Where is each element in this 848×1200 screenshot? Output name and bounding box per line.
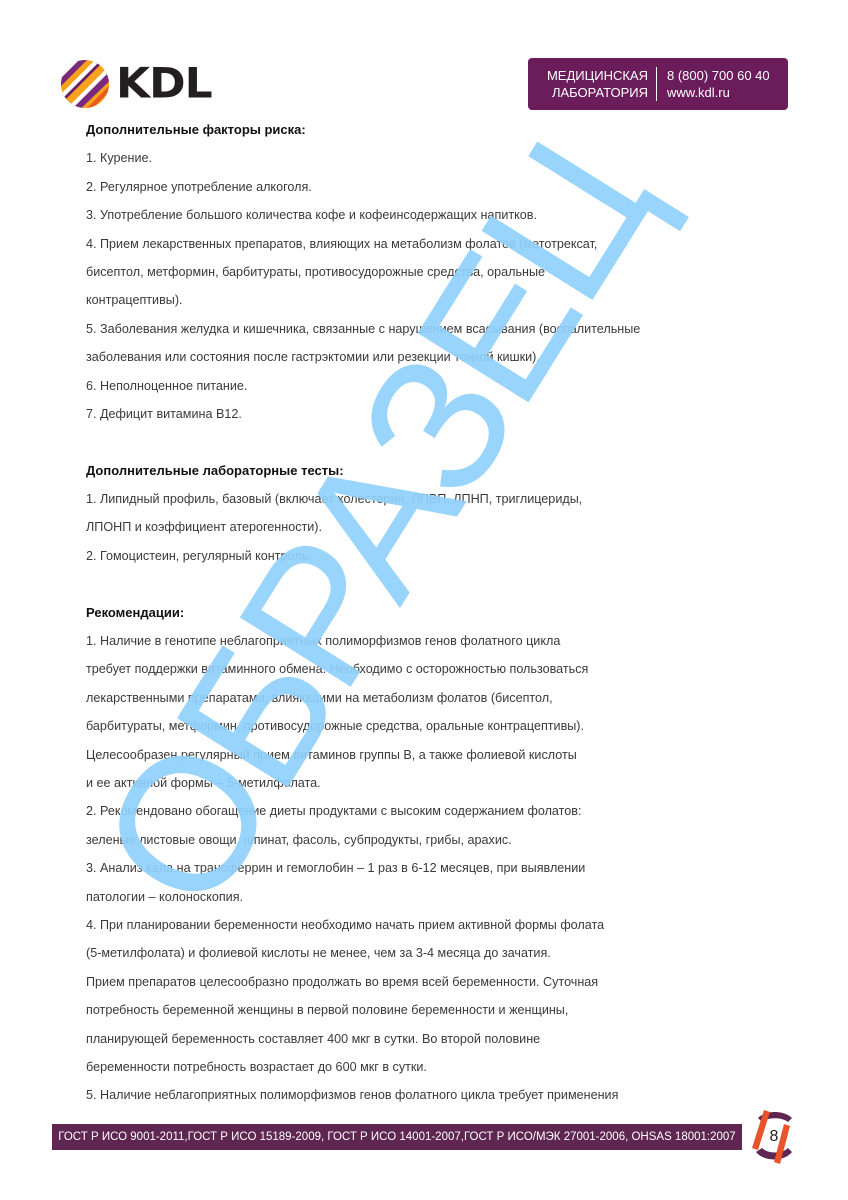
text-line: 3. Употребление большого количества кофе… bbox=[86, 201, 726, 229]
logo-text: KDL bbox=[116, 60, 212, 108]
text-line: 4. При планировании беременности необход… bbox=[86, 911, 726, 939]
page-number: 8 bbox=[744, 1106, 804, 1168]
text-line: Прием препаратов целесообразно продолжат… bbox=[86, 968, 726, 996]
text-line: 1. Наличие в генотипе неблагоприятных по… bbox=[86, 627, 726, 655]
text-line: требует поддержки витаминного обмена. Не… bbox=[86, 655, 726, 683]
section-gap bbox=[86, 428, 726, 456]
footer-standards-bar: ГОСТ Р ИСО 9001-2011,ГОСТ Р ИСО 15189-20… bbox=[52, 1124, 742, 1150]
text-line: 2. Рекомендовано обогащение диеты продук… bbox=[86, 797, 726, 825]
text-line: бисептол, метформин, барбитураты, против… bbox=[86, 258, 726, 286]
text-line: 3. Анализ кала на трансферрин и гемоглоб… bbox=[86, 854, 726, 882]
text-line: заболевания или состояния после гастрэкт… bbox=[86, 343, 726, 371]
text-line: 4. Прием лекарственных препаратов, влияю… bbox=[86, 230, 726, 258]
text-line: патологии – колоноскопия. bbox=[86, 883, 726, 911]
text-line: и ее активной формы – 5-метилфолата. bbox=[86, 769, 726, 797]
lab-name-line1: МЕДИЦИНСКАЯ bbox=[528, 67, 648, 84]
section-heading: Рекомендации: bbox=[86, 599, 726, 627]
page-number-badge: 8 bbox=[744, 1106, 804, 1168]
header-contact-box: МЕДИЦИНСКАЯ ЛАБОРАТОРИЯ 8 (800) 700 60 4… bbox=[528, 58, 788, 110]
section-heading: Дополнительные лабораторные тесты: bbox=[86, 457, 726, 485]
text-line: лекарственными препаратами, влияющими на… bbox=[86, 684, 726, 712]
kdl-globe-icon bbox=[60, 59, 110, 109]
section-gap bbox=[86, 570, 726, 598]
kdl-logo: KDL bbox=[60, 58, 212, 110]
section-heading: Дополнительные факторы риска: bbox=[86, 116, 726, 144]
text-line: 2. Регулярное употребление алкоголя. bbox=[86, 173, 726, 201]
text-line: 6. Неполноценное питание. bbox=[86, 372, 726, 400]
text-line: Целесообразен регулярный прием витаминов… bbox=[86, 741, 726, 769]
text-line: барбитураты, метформин, противосудорожны… bbox=[86, 712, 726, 740]
lab-name: МЕДИЦИНСКАЯ ЛАБОРАТОРИЯ bbox=[528, 67, 656, 101]
text-line: 5. Наличие неблагоприятных полиморфизмов… bbox=[86, 1081, 726, 1109]
footer-standards-text: ГОСТ Р ИСО 9001-2011,ГОСТ Р ИСО 15189-20… bbox=[58, 1131, 735, 1143]
text-line: контрацептивы). bbox=[86, 286, 726, 314]
text-line: 2. Гомоцистеин, регулярный контроль. bbox=[86, 542, 726, 570]
text-line: ЛПОНП и коэффициент атерогенности). bbox=[86, 513, 726, 541]
text-line: 7. Дефицит витамина B12. bbox=[86, 400, 726, 428]
lab-name-line2: ЛАБОРАТОРИЯ bbox=[528, 84, 648, 101]
text-line: (5-метилфолата) и фолиевой кислоты не ме… bbox=[86, 939, 726, 967]
text-line: планирующей беременность составляет 400 … bbox=[86, 1025, 726, 1053]
text-line: беременности потребность возрастает до 6… bbox=[86, 1053, 726, 1081]
text-line: 1. Липидный профиль, базовый (включает х… bbox=[86, 485, 726, 513]
contact-info: 8 (800) 700 60 40 www.kdl.ru bbox=[657, 67, 770, 101]
text-line: зеленые листовые овощи, шпинат, фасоль, … bbox=[86, 826, 726, 854]
text-line: 1. Курение. bbox=[86, 144, 726, 172]
website-link[interactable]: www.kdl.ru bbox=[667, 84, 770, 101]
text-line: 5. Заболевания желудка и кишечника, связ… bbox=[86, 315, 726, 343]
document-body: Дополнительные факторы риска:1. Курение.… bbox=[86, 116, 726, 1110]
phone-number[interactable]: 8 (800) 700 60 40 bbox=[667, 67, 770, 84]
text-line: потребность беременной женщины в первой … bbox=[86, 996, 726, 1024]
